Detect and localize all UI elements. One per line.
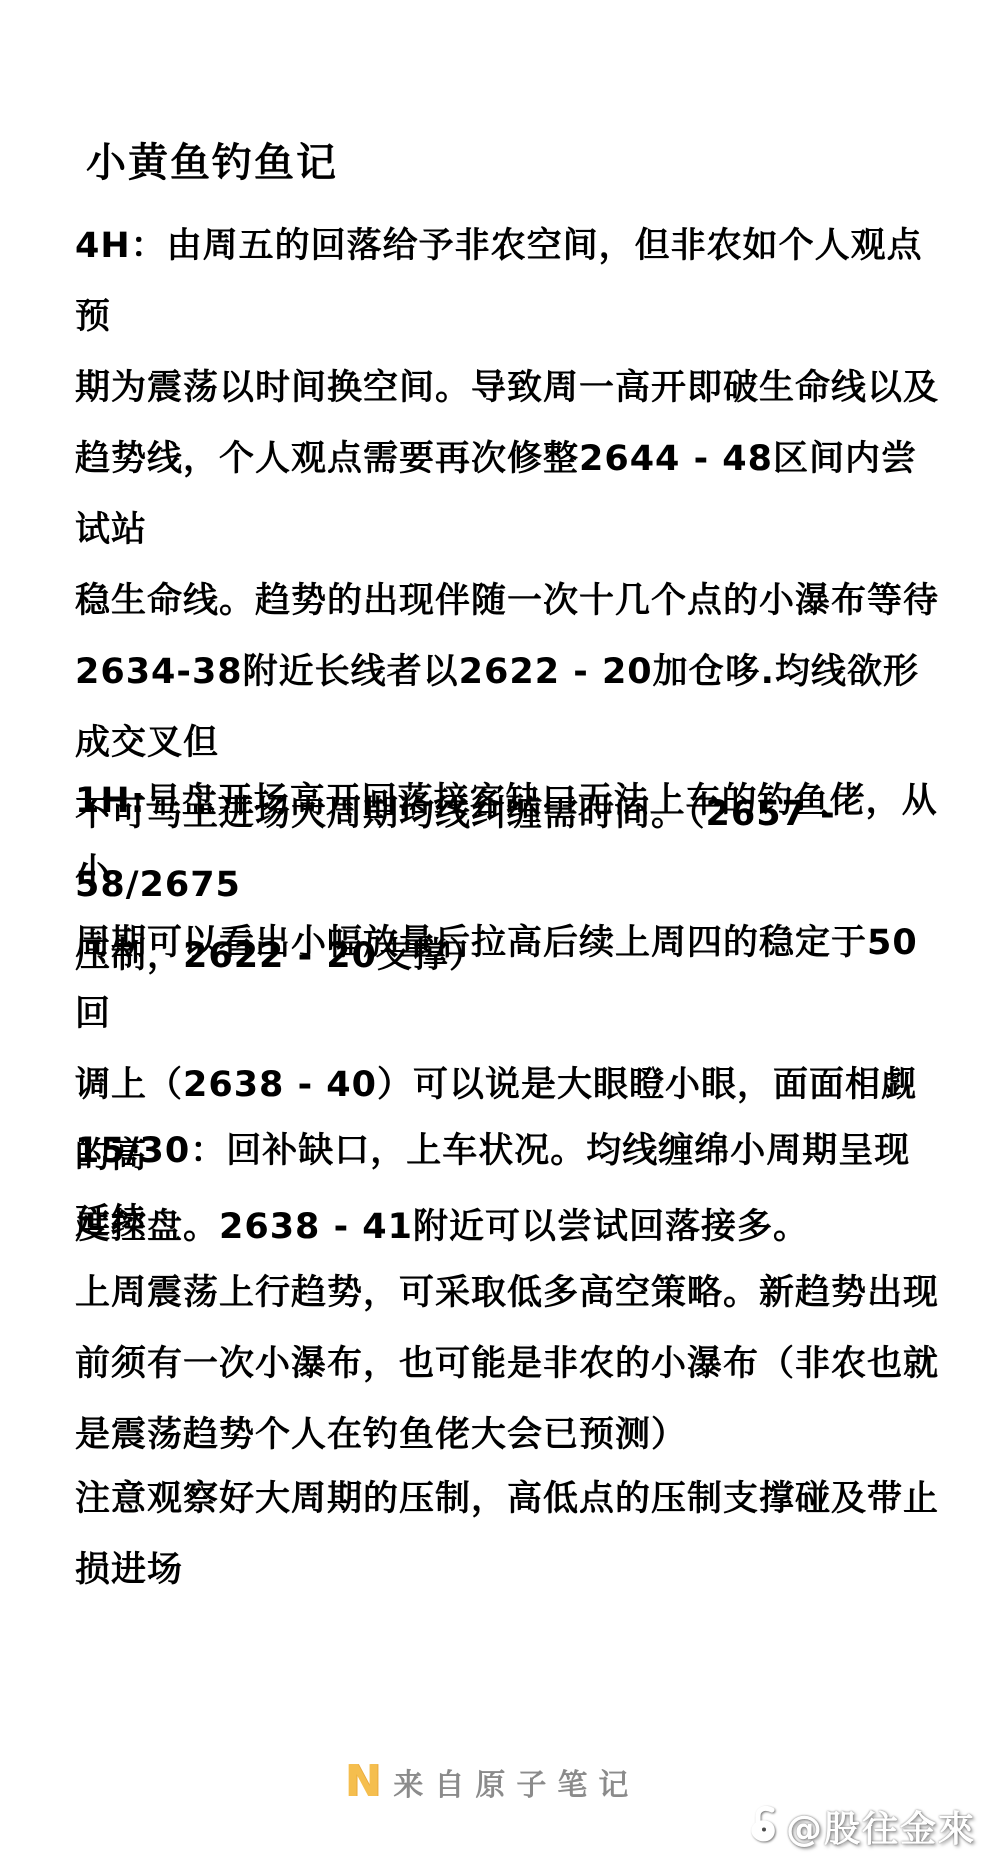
note-page: 小黄鱼钓鱼记 4H：由周五的回落给予非农空间，但非农如个人观点预 期为震荡以时间… (0, 0, 984, 1876)
paragraph-caution: 注意观察好大周期的压制，高低点的压制支撑碰及带止 损进场 (75, 1464, 943, 1606)
paragraph-15-30: 15/30：回补缺口，上车状况。均线缠绵小周期呈现延续 上周震荡上行趋势，可采取… (75, 1116, 943, 1471)
source-footer: N 来自原子笔记 (0, 1760, 984, 1804)
note-title: 小黄鱼钓鱼记 (86, 131, 338, 188)
watermark-logo-icon (749, 1805, 783, 1849)
source-label: 来自原子笔记 (393, 1760, 639, 1804)
atomic-notes-logo-icon: N (345, 1760, 382, 1804)
author-watermark: @股往金來 (749, 1801, 976, 1852)
watermark-handle: @股往金來 (786, 1801, 976, 1852)
